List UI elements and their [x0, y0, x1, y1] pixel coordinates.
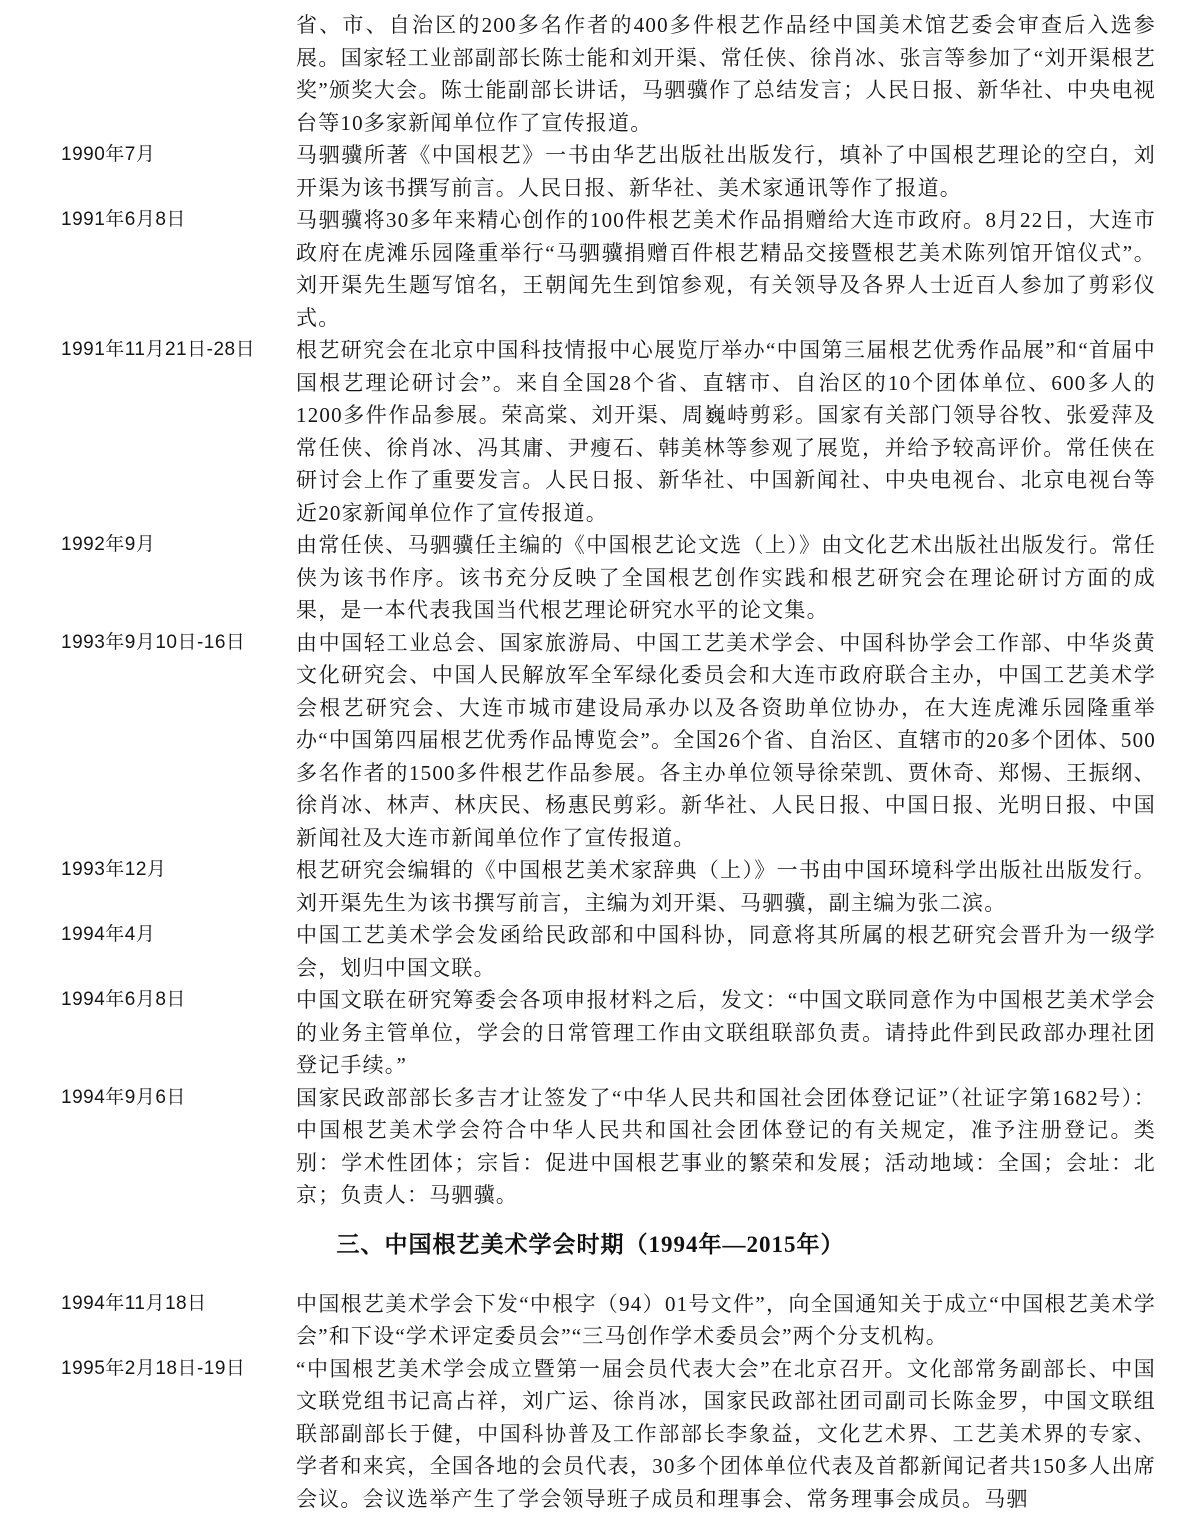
entry-text: “中国根艺美术学会成立暨第一届会员代表大会”在北京召开。文化部常务副部长、中国文…	[296, 1353, 1156, 1516]
entry-text: 马驷骥将30多年来精心创作的100件根艺美术作品捐赠给大连市政府。8月22日，大…	[296, 204, 1156, 334]
entry-date: 1995年2月18日-19日	[0, 1353, 296, 1386]
entries-after-heading: 1994年11月18日中国根艺美术学会下发“中根字（94）01号文件”，向全国通…	[0, 1288, 1181, 1516]
section-heading: 三、中国根艺美术学会时期（1994年—2015年）	[0, 1228, 1181, 1262]
entry-date: 1993年9月10日-16日	[0, 627, 296, 660]
entry-date: 1992年9月	[0, 529, 296, 562]
timeline-entry: 1993年12月根艺研究会编辑的《中国根艺美术家辞典（上）》一书由中国环境科学出…	[0, 854, 1181, 919]
entry-date: 1994年6月8日	[0, 984, 296, 1017]
entry-date: 1993年12月	[0, 854, 296, 887]
entry-text: 中国工艺美术学会发函给民政部和中国科协，同意将其所属的根艺研究会晋升为一级学会，…	[296, 919, 1156, 984]
timeline-entry: 1992年9月由常任侠、马驷骥任主编的《中国根艺论文选（上）》由文化艺术出版社出…	[0, 529, 1181, 627]
entry-text: 国家民政部部长多吉才让签发了“中华人民共和国社会团体登记证”（社证字第1682号…	[296, 1082, 1156, 1212]
entry-text: 省、市、自治区的200多名作者的400多件根艺作品经中国美术馆艺委会审查后入选参…	[296, 9, 1156, 139]
entry-date: 1994年9月6日	[0, 1082, 296, 1115]
entry-date: 1991年6月8日	[0, 204, 296, 237]
entry-text: 由常任侠、马驷骥任主编的《中国根艺论文选（上）》由文化艺术出版社出版发行。常任侠…	[296, 529, 1156, 627]
entry-text: 马驷骥所著《中国根艺》一书由华艺出版社出版发行，填补了中国根艺理论的空白，刘开渠…	[296, 139, 1156, 204]
entry-text: 根艺研究会在北京中国科技情报中心展览厅举办“中国第三届根艺优秀作品展”和“首届中…	[296, 334, 1156, 529]
entry-date: 1994年11月18日	[0, 1288, 296, 1321]
timeline-entry-continuation: 省、市、自治区的200多名作者的400多件根艺作品经中国美术馆艺委会审查后入选参…	[0, 9, 1181, 139]
timeline-entry: 1994年6月8日中国文联在研究筹委会各项申报材料之后，发文：“中国文联同意作为…	[0, 984, 1181, 1082]
entry-date: 1990年7月	[0, 139, 296, 172]
timeline-entry: 1994年9月6日国家民政部部长多吉才让签发了“中华人民共和国社会团体登记证”（…	[0, 1082, 1181, 1212]
timeline-entry: 1995年2月18日-19日“中国根艺美术学会成立暨第一届会员代表大会”在北京召…	[0, 1353, 1181, 1516]
timeline-entry: 1994年4月中国工艺美术学会发函给民政部和中国科协，同意将其所属的根艺研究会晋…	[0, 919, 1181, 984]
entry-date: 1994年4月	[0, 919, 296, 952]
entries-before-heading: 1990年7月马驷骥所著《中国根艺》一书由华艺出版社出版发行，填补了中国根艺理论…	[0, 139, 1181, 1212]
chronology-page: 省、市、自治区的200多名作者的400多件根艺作品经中国美术馆艺委会审查后入选参…	[0, 0, 1181, 1515]
entry-text: 中国根艺美术学会下发“中根字（94）01号文件”，向全国通知关于成立“中国根艺美…	[296, 1288, 1156, 1353]
timeline-entry: 1991年11月21日-28日根艺研究会在北京中国科技情报中心展览厅举办“中国第…	[0, 334, 1181, 529]
timeline-entry: 1991年6月8日马驷骥将30多年来精心创作的100件根艺美术作品捐赠给大连市政…	[0, 204, 1181, 334]
entry-text: 中国文联在研究筹委会各项申报材料之后，发文：“中国文联同意作为中国根艺美术学会的…	[296, 984, 1156, 1082]
entry-date: 1991年11月21日-28日	[0, 334, 296, 367]
timeline-entry: 1994年11月18日中国根艺美术学会下发“中根字（94）01号文件”，向全国通…	[0, 1288, 1181, 1353]
entry-text: 由中国轻工业总会、国家旅游局、中国工艺美术学会、中国科协学会工作部、中华炎黄文化…	[296, 627, 1156, 855]
timeline-entry: 1990年7月马驷骥所著《中国根艺》一书由华艺出版社出版发行，填补了中国根艺理论…	[0, 139, 1181, 204]
timeline-entry: 1993年9月10日-16日由中国轻工业总会、国家旅游局、中国工艺美术学会、中国…	[0, 627, 1181, 855]
entry-text: 根艺研究会编辑的《中国根艺美术家辞典（上）》一书由中国环境科学出版社出版发行。刘…	[296, 854, 1156, 919]
